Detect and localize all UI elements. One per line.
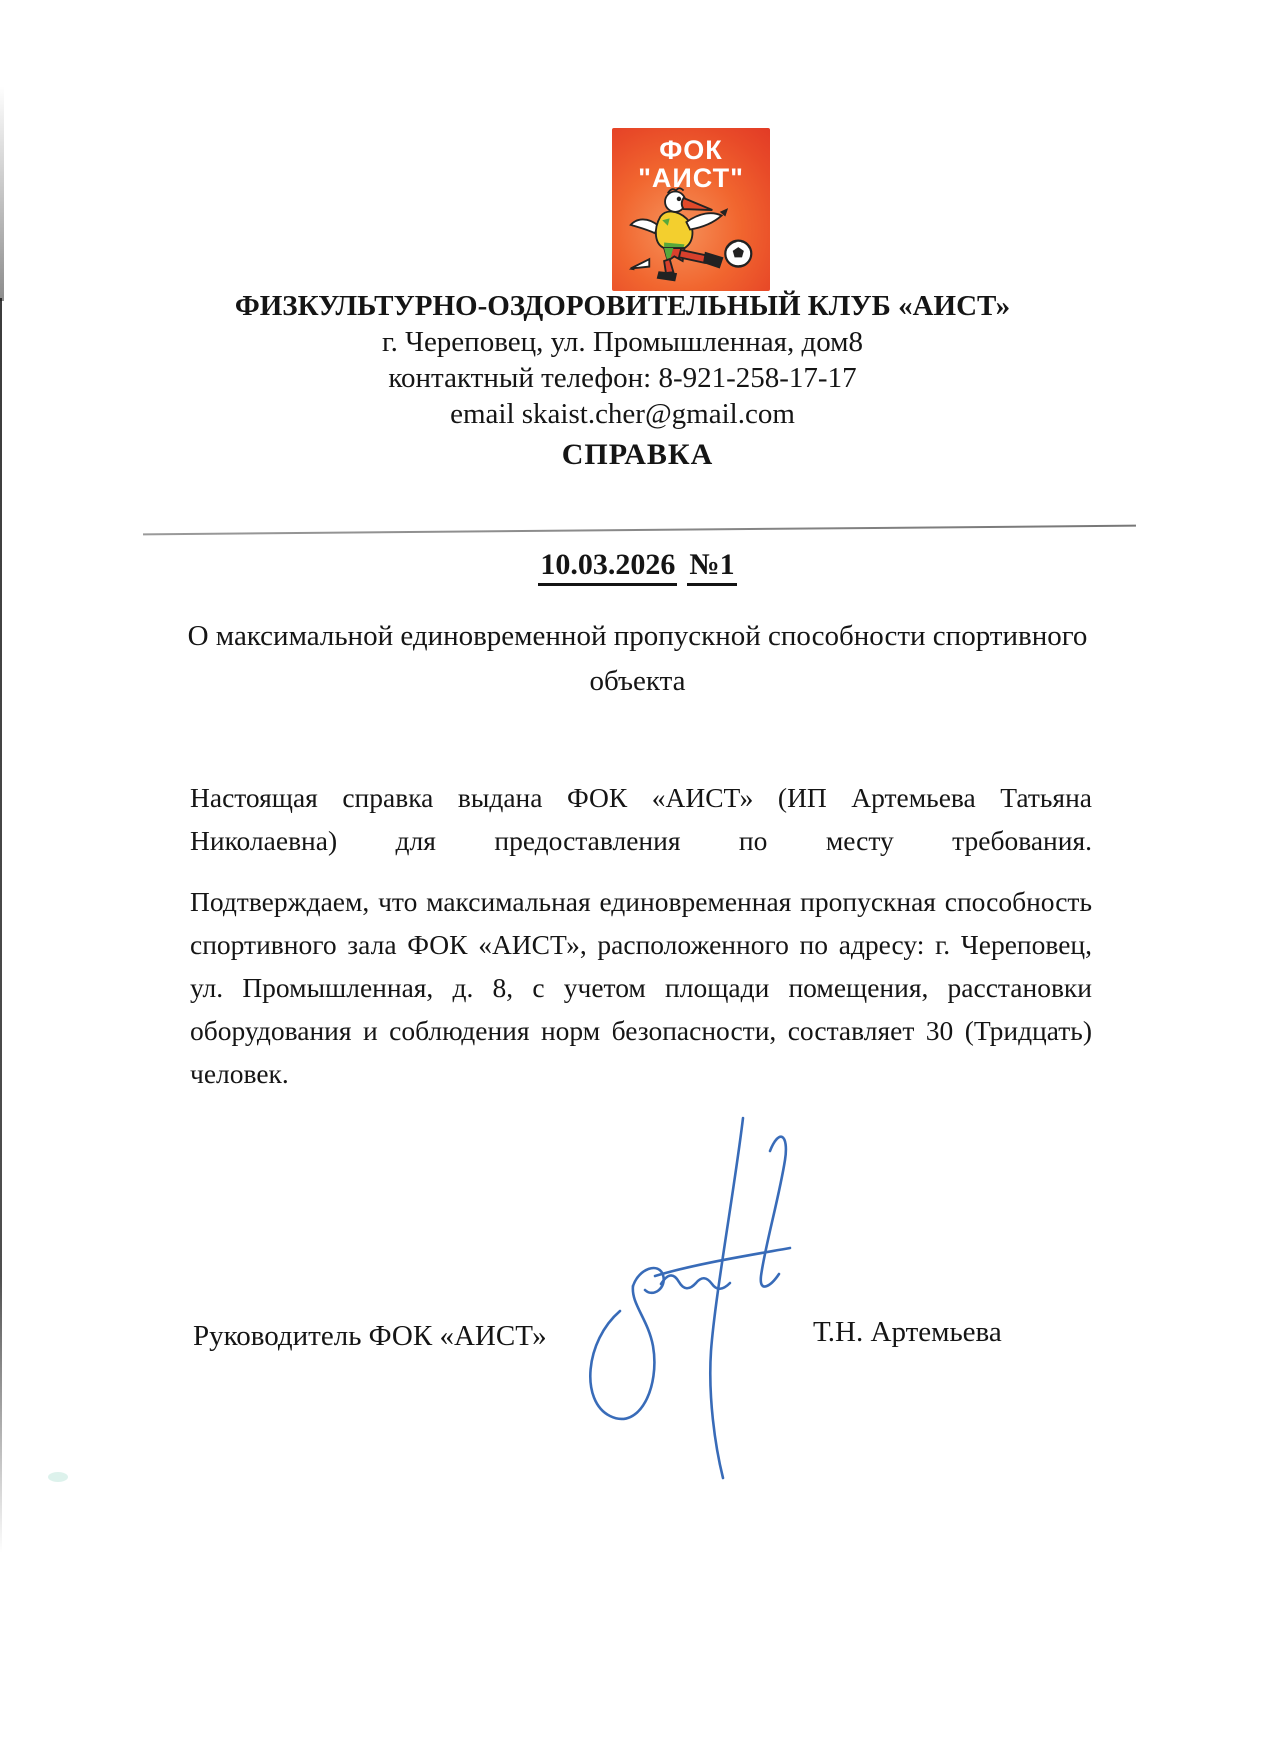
divider-line [143, 525, 1136, 536]
logo-text: ФОК "АИСТ" [612, 128, 770, 192]
handwritten-signature [565, 1116, 825, 1481]
paragraph-2-line: ул. Промышленная, д. 8, с учетом площади… [190, 972, 1092, 1015]
scan-edge-shadow [0, 86, 4, 301]
paragraph-2-line: спортивного зала ФОК «АИСТ», расположенн… [190, 929, 1092, 972]
document-page: ФОК "АИСТ" [0, 0, 1275, 1752]
document-number: №1 [687, 548, 736, 586]
paragraph-2-line: Подтверждаем, что максимальная единоврем… [190, 886, 1092, 929]
paragraph-1-line: Николаевна) для предоставления по месту … [190, 825, 1092, 868]
club-logo: ФОК "АИСТ" [612, 128, 770, 291]
document-date: 10.03.2026 [538, 548, 677, 586]
scan-smudge [48, 1472, 68, 1482]
paragraph-1: Настоящая справка выдана ФОК «АИСТ» (ИП … [190, 782, 1092, 868]
paragraph-1-line: Настоящая справка выдана ФОК «АИСТ» (ИП … [190, 782, 1092, 825]
stork-mascot-icon [620, 185, 762, 287]
document-title: СПРАВКА [85, 438, 1190, 472]
logo-line1: ФОК [612, 136, 770, 164]
paragraph-2-line: оборудования и соблюдения норм безопасно… [190, 1015, 1092, 1058]
org-email: email skaist.cher@gmail.com [70, 396, 1175, 432]
document-subject: О максимальной единовременной пропускной… [170, 614, 1105, 704]
scan-edge-line [0, 298, 2, 1553]
paragraph-2: Подтверждаем, что максимальная единоврем… [190, 886, 1092, 1101]
org-address: г. Череповец, ул. Промышленная, дом8 [70, 324, 1175, 360]
document-date-line: 10.03.2026№1 [85, 548, 1190, 586]
org-phone: контактный телефон: 8-921-258-17-17 [70, 360, 1175, 396]
org-name: ФИЗКУЛЬТУРНО-ОЗДОРОВИТЕЛЬНЫЙ КЛУБ «АИСТ» [70, 288, 1175, 324]
signer-position-label: Руководитель ФОК «АИСТ» [193, 1320, 547, 1353]
letterhead: ФИЗКУЛЬТУРНО-ОЗДОРОВИТЕЛЬНЫЙ КЛУБ «АИСТ»… [70, 288, 1175, 432]
signer-name: Т.Н. Артемьева [813, 1316, 1002, 1349]
paragraph-2-line: человек. [190, 1058, 1092, 1101]
